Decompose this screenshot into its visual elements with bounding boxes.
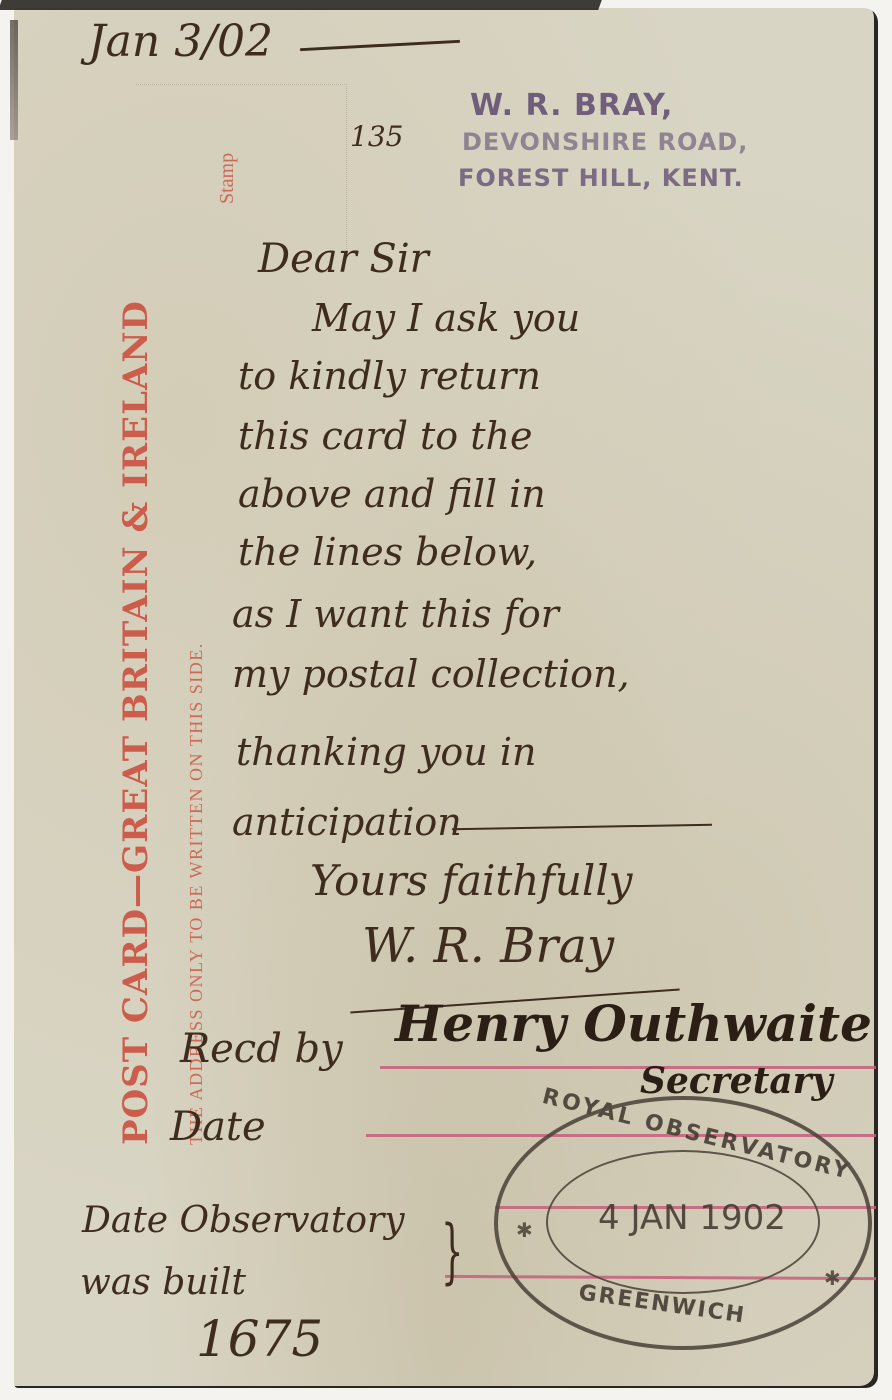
handwritten-date: Jan 3/02 <box>88 16 273 67</box>
letter-line: anticipation <box>232 800 462 844</box>
postmark-date: 4 JAN 1902 <box>598 1198 786 1238</box>
house-number: 135 <box>350 120 403 153</box>
letter-line: May I ask you <box>312 296 580 340</box>
note-line: Date Observatory <box>82 1200 405 1241</box>
salutation: Dear Sir <box>258 236 429 282</box>
letter-line: my postal collection, <box>232 652 630 696</box>
letter-line: thanking you in <box>236 730 536 774</box>
letter-line: above and fill in <box>238 472 546 516</box>
card-edge-shadow <box>0 0 602 10</box>
closing: Yours faithfully <box>310 856 633 905</box>
note-line: was built <box>80 1262 246 1303</box>
postcard-title: POST CARD—GREAT BRITAIN & IRELAND <box>116 300 156 1145</box>
postmark: ROYAL OBSERVATORY 4 JAN 1902 GREENWICH ✱… <box>494 1096 872 1350</box>
letter-line: this card to the <box>238 414 532 458</box>
recd-label: Recd by <box>180 1026 343 1072</box>
sender-street-stamp: DEVONSHIRE ROAD, <box>462 128 748 156</box>
sender-name-stamp: W. R. BRAY, <box>470 88 673 123</box>
letter-line: as I want this for <box>232 592 559 636</box>
brace: } <box>441 1210 463 1292</box>
date-label: Date <box>170 1104 266 1150</box>
postmark-star-icon: ✱ <box>516 1218 533 1243</box>
letter-line: the lines below, <box>238 530 537 574</box>
note-year: 1675 <box>196 1310 323 1368</box>
postmark-star-icon: ✱ <box>824 1266 841 1291</box>
stamp-box <box>136 84 347 253</box>
signature: W. R. Bray <box>362 918 614 974</box>
recd-signature: Henry Outhwaite <box>395 994 872 1053</box>
stamp-label: Stamp <box>216 153 239 204</box>
sender-town-stamp: FOREST HILL, KENT. <box>458 164 744 192</box>
letter-line: to kindly return <box>238 354 541 398</box>
card-edge-shadow-left <box>10 20 18 140</box>
